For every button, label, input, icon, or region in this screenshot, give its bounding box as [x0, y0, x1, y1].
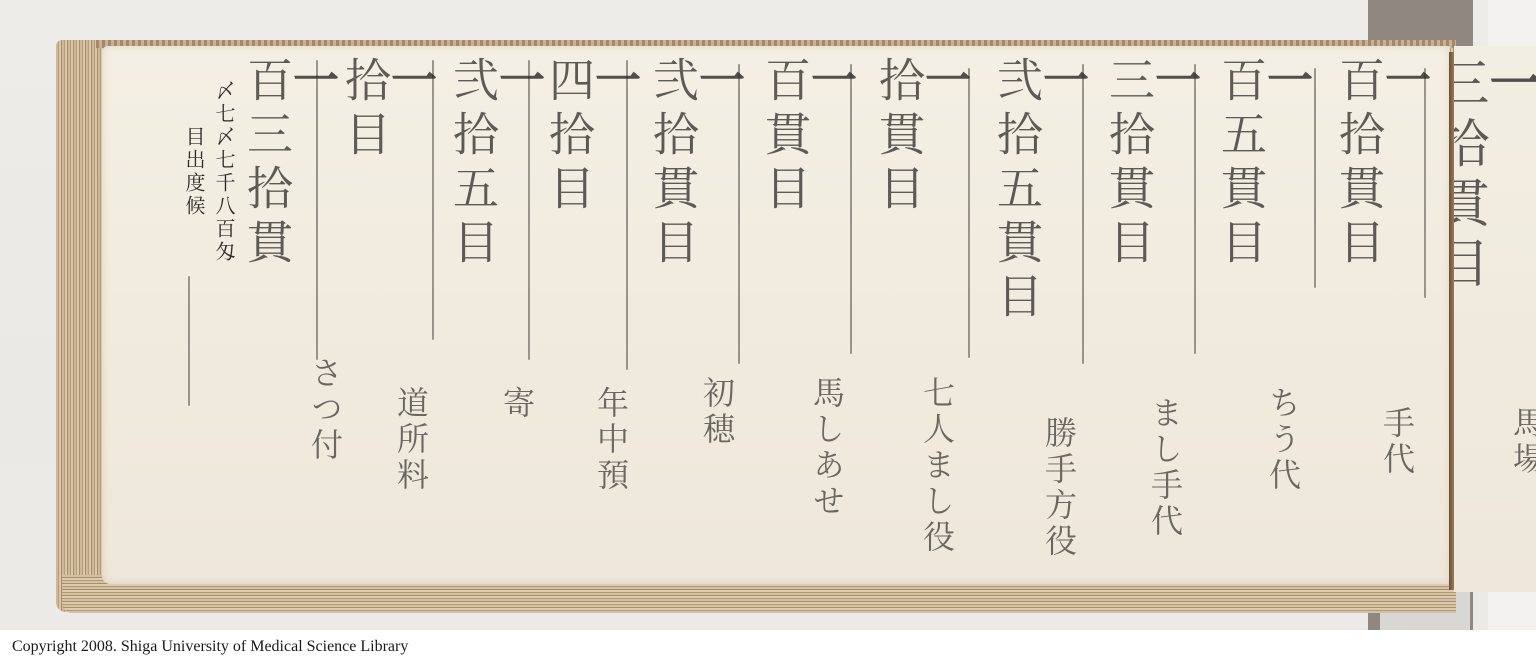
entry-4-note: 勝手方役 [996, 416, 1076, 560]
entry-amount: 百三拾貫 [240, 56, 294, 272]
entry-marker: 一 [808, 56, 854, 218]
entry-amount: 弐拾貫目 [646, 56, 700, 272]
entry-2-note: ちう代 [1220, 386, 1300, 494]
summary-note-line-2: 目出度候 [182, 126, 206, 326]
entry-amount: 三拾貫目 [1102, 56, 1156, 272]
next-page: 一三拾貫目 馬場 [1454, 46, 1536, 592]
entry-9: 一弐拾五目 [442, 56, 542, 272]
entry-1-note: 手代 [1334, 406, 1414, 478]
column-rule [1314, 68, 1316, 288]
entry-amount: 弐拾五目 [446, 56, 500, 272]
entry-amount: 四拾目 [542, 56, 596, 218]
entry-marker: 一 [290, 56, 336, 272]
entry-marker: 一 [592, 56, 638, 218]
entry-6: 一百貫目 [754, 56, 854, 218]
entry-amount: 百貫目 [758, 56, 812, 218]
entry-11-note: さつ付 [262, 356, 342, 464]
entry-10: 一拾目 [334, 56, 434, 164]
next-page-entry: 一三拾貫目 [1456, 56, 1536, 296]
entry-6-note: 馬しあせ [764, 376, 844, 520]
entry-7: 一弐拾貫目 [642, 56, 742, 272]
entry-amount: 百五貫目 [1214, 56, 1268, 272]
entry-5: 一拾貫目 [868, 56, 968, 218]
entry-3: 一三拾貫目 [1098, 56, 1198, 272]
entry-marker: 一 [1152, 56, 1198, 272]
entry-amount: 拾貫目 [872, 56, 926, 218]
entry-marker: 一 [1040, 56, 1086, 326]
entry-marker: 一 [496, 56, 542, 272]
entry-amount: 弐拾五貫目 [990, 56, 1044, 326]
entry-7-note: 初穂 [654, 376, 734, 448]
entry-10-note: 道所料 [348, 386, 428, 494]
entry-9-note: 寄 [454, 386, 534, 422]
summary-note-line-1: 〆七〆七千八百匁 [212, 80, 236, 400]
entry-2: 一百五貫目 [1210, 56, 1310, 272]
entry-marker: 一 [696, 56, 742, 272]
copyright-caption: Copyright 2008. Shiga University of Medi… [12, 638, 408, 656]
entry-marker: 一 [1484, 56, 1536, 296]
entry-1: 一百拾貫目 [1328, 56, 1428, 272]
column-rule [968, 68, 970, 358]
manuscript-page: 一百拾貫目 手代 一百五貫目 ちう代 一三拾貫目 まし手代 一弐拾五貫目 勝手方… [102, 46, 1450, 584]
next-page-note: 馬場 [1464, 406, 1536, 478]
entry-marker: 一 [388, 56, 434, 164]
entry-marker: 一 [922, 56, 968, 218]
entry-marker: 一 [1382, 56, 1428, 272]
entry-3-note: まし手代 [1102, 396, 1182, 540]
entry-marker: 一 [1264, 56, 1310, 272]
entry-5-note: 七人まし役 [874, 376, 954, 556]
entry-8: 一四拾目 [538, 56, 638, 218]
entry-11: 一百三拾貫 [236, 56, 336, 272]
entry-4: 一弐拾五貫目 [986, 56, 1086, 326]
entry-amount: 三拾貫目 [1454, 56, 1488, 296]
entry-8-note: 年中預 [548, 386, 628, 494]
summary-rule [188, 276, 190, 406]
entry-amount: 百拾貫目 [1332, 56, 1386, 272]
entry-amount: 拾目 [338, 56, 392, 164]
